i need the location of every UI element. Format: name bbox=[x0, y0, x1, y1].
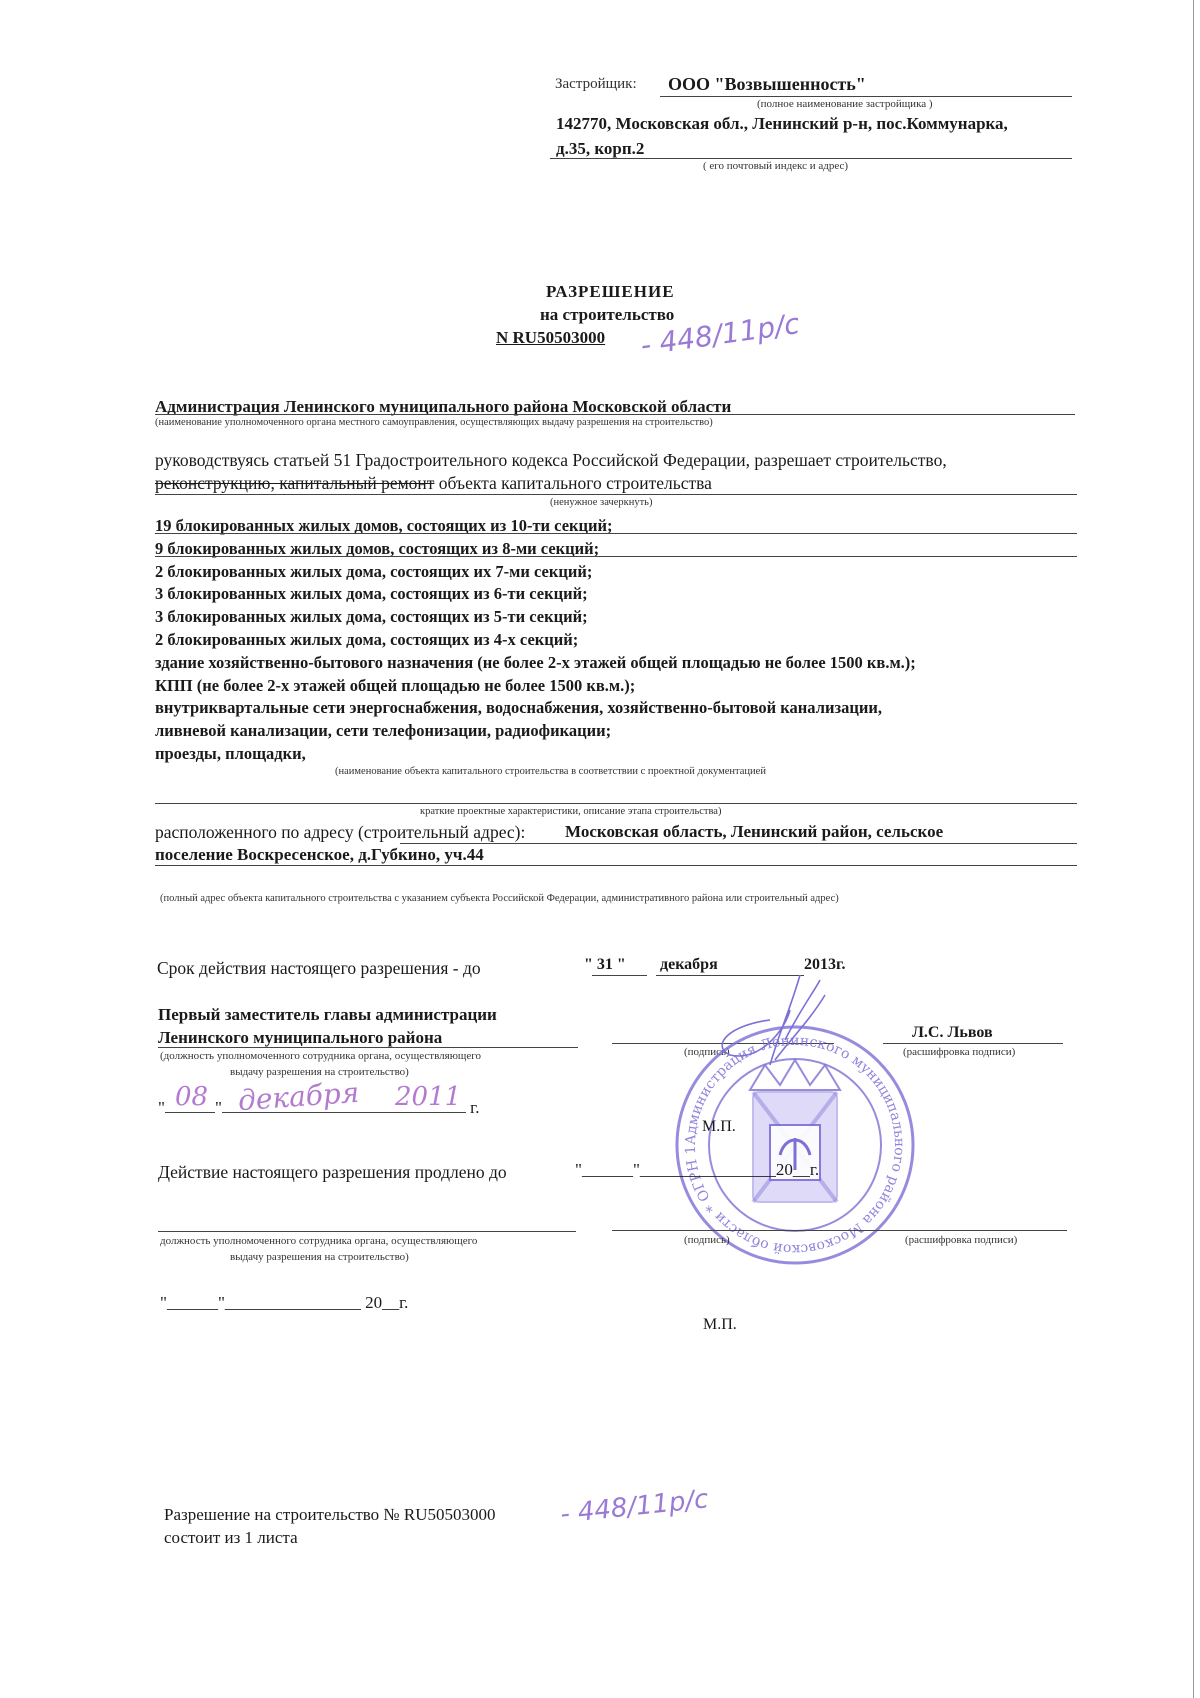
object-item: 19 блокированных жилых домов, состоящих … bbox=[155, 515, 916, 538]
extension-caption1: должность уполномоченного сотрудника орг… bbox=[160, 1235, 477, 1247]
footer-handwritten-number: - 448/11р/с bbox=[559, 1484, 710, 1529]
objects-caption1: (наименование объекта капитального строи… bbox=[335, 766, 766, 777]
basis-line bbox=[155, 494, 1077, 495]
extension-position-line bbox=[158, 1231, 576, 1232]
extension-name-caption: (расшифровка подписи) bbox=[905, 1234, 1017, 1246]
object-item: 2 блокированных жилых дома, состоящих их… bbox=[155, 561, 916, 584]
object-item: 9 блокированных жилых домов, состоящих и… bbox=[155, 538, 916, 561]
object-line bbox=[155, 556, 1077, 557]
object-item: 3 блокированных жилых дома, состоящих из… bbox=[155, 606, 916, 629]
extension-date2: "______"________________ 20__г. bbox=[160, 1293, 408, 1313]
object-item: здание хозяйственно-бытового назначения … bbox=[155, 652, 916, 675]
document-subtitle: на строительство bbox=[540, 305, 674, 325]
permit-number-prefix: N RU50503000 bbox=[496, 328, 605, 347]
objects-extra-line bbox=[155, 803, 1077, 804]
basis-line2-rest: объекта капитального строительства bbox=[434, 473, 712, 493]
objects-list: 19 блокированных жилых домов, состоящих … bbox=[155, 515, 916, 766]
location-line1 bbox=[400, 843, 1077, 844]
location-label: расположенного по адресу (строительный а… bbox=[155, 822, 525, 843]
signatory-position-line bbox=[158, 1047, 578, 1048]
footer-line1: Разрешение на строительство № RU50503000 bbox=[164, 1505, 496, 1525]
object-line bbox=[155, 533, 1077, 534]
extension-date: "______"________________20__г. bbox=[575, 1160, 819, 1180]
extension-seal-mark: М.П. bbox=[703, 1316, 737, 1334]
developer-address-line2: д.35, корп.2 bbox=[556, 139, 644, 159]
developer-address-line bbox=[550, 158, 1072, 159]
basis-struck-text: реконструкцию, капитальный ремонт bbox=[155, 473, 434, 493]
developer-address-line1: 142770, Московская обл., Ленинский р-н, … bbox=[556, 114, 1008, 134]
developer-address-caption: ( его почтовый индекс и адрес) bbox=[703, 160, 848, 172]
issue-date-suffix: г. bbox=[470, 1098, 479, 1117]
developer-label: Застройщик: bbox=[555, 76, 637, 93]
basis-line1: руководствуясь статьей 51 Градостроитель… bbox=[155, 450, 947, 471]
object-item: внутриквартальные сети энергоснабжения, … bbox=[155, 697, 916, 720]
location-address-line1: Московская область, Ленинский район, сел… bbox=[565, 822, 943, 842]
signatory-position-line1: Первый заместитель главы администрации bbox=[158, 1005, 497, 1025]
location-line2 bbox=[155, 865, 1077, 866]
document-title: РАЗРЕШЕНИЕ bbox=[546, 282, 675, 302]
signatory-caption1: (должность уполномоченного сотрудника ор… bbox=[160, 1050, 481, 1062]
authority-line bbox=[155, 414, 1075, 415]
basis-line2: реконструкцию, капитальный ремонт объект… bbox=[155, 473, 712, 494]
footer-line2: состоит из 1 листа bbox=[164, 1528, 298, 1548]
authority-caption: (наименование уполномоченного органа мес… bbox=[155, 417, 713, 428]
validity-day: " 31 " bbox=[584, 956, 626, 974]
location-address-line2: поселение Воскресенское, д.Губкино, уч.4… bbox=[155, 845, 484, 865]
developer-name-caption: (полное наименование застройщика ) bbox=[757, 98, 933, 110]
issue-date-day: 08 bbox=[175, 1082, 208, 1112]
signatory-name: Л.С. Львов bbox=[912, 1024, 993, 1042]
location-caption: (полный адрес объекта капитального строи… bbox=[160, 893, 839, 904]
object-item: проезды, площадки, bbox=[155, 743, 916, 766]
official-stamp: Администрация Ленинского муниципального … bbox=[670, 1020, 920, 1270]
basis-caption: (ненужное зачеркнуть) bbox=[550, 497, 652, 508]
seal-mark: М.П. bbox=[702, 1118, 736, 1136]
validity-label: Срок действия настоящего разрешения - до bbox=[157, 958, 481, 979]
object-item: ливневой канализации, сети телефонизации… bbox=[155, 720, 916, 743]
extension-label: Действие настоящего разрешения продлено … bbox=[158, 1162, 507, 1183]
page-edge bbox=[1193, 0, 1194, 1698]
extension-caption2: выдачу разрешения на строительство) bbox=[230, 1251, 409, 1263]
objects-caption2: краткие проектные характеристики, описан… bbox=[420, 806, 721, 817]
extension-signature-line bbox=[612, 1230, 1067, 1231]
object-item: 3 блокированных жилых дома, состоящих из… bbox=[155, 583, 916, 606]
issue-date-year: 2011 bbox=[395, 1082, 461, 1112]
extension-signature-caption: (подпись) bbox=[684, 1234, 730, 1246]
signatory-caption2: выдачу разрешения на строительство) bbox=[230, 1066, 409, 1078]
object-item: 2 блокированных жилых дома, состоящих из… bbox=[155, 629, 916, 652]
validity-day-line bbox=[592, 975, 647, 976]
developer-name-line bbox=[660, 96, 1072, 97]
object-item: КПП (не более 2-х этажей общей площадью … bbox=[155, 675, 916, 698]
signatory-position-line2: Ленинского муниципального района bbox=[158, 1028, 442, 1048]
permit-number: N RU50503000 bbox=[496, 328, 605, 348]
developer-name: ООО "Возвышенность" bbox=[668, 74, 866, 95]
